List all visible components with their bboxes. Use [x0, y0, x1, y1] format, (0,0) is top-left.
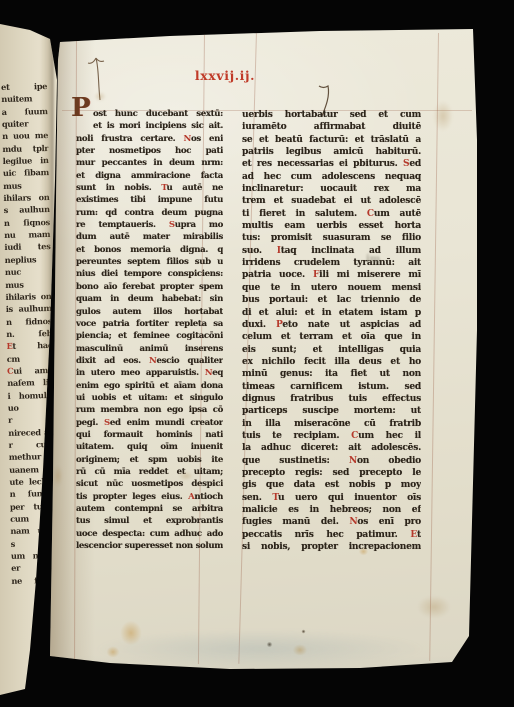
- text-line: cum imolue it: [10, 513, 56, 526]
- text-line: lescencior superesset non solum: [76, 540, 223, 552]
- text-run: minū genus: ita fiet ut non: [242, 368, 421, 379]
- text-run: quam in deum habebat: sin: [76, 294, 223, 304]
- text-run: existimes tibi impune futu: [76, 195, 223, 205]
- text-run: bus portaui: et lac triennio de: [242, 294, 421, 305]
- text-run: mur peccantes in deum nrm:: [76, 158, 223, 168]
- text-line: uanem iuges q: [9, 464, 55, 477]
- text-run: cum imolue it: [10, 514, 56, 527]
- text-line: voce patria fortiter repleta sa: [76, 318, 223, 330]
- text-run: nireced ad um: [8, 427, 54, 440]
- text-run: lescencior superesset non solum: [76, 541, 223, 551]
- text-run: rum membra non ego ipsa cō: [76, 405, 223, 415]
- text-run: la adhuc diceret: ait adolescēs.: [242, 442, 421, 453]
- text-line: di et alui: et in etatem istam p: [242, 307, 421, 319]
- text-line: enim ego spiritū et aīam dona: [76, 380, 223, 392]
- text-run: multis eam uerbis esset horta: [242, 220, 421, 231]
- text-line: que te in utero nouem mensi: [242, 282, 421, 294]
- text-line: nius diei tempore conspiciens:: [76, 268, 223, 280]
- text-line: s amo dilique: [11, 538, 57, 551]
- text-line: originem; et spm uobis ite: [76, 454, 223, 466]
- text-line: dum autē mater mirabilis: [76, 231, 223, 243]
- text-line: pter nosmetipos hoc pati: [76, 145, 223, 157]
- text-line: eis sunt; et intelligas quia: [242, 344, 421, 356]
- text-line: particeps suscipe mortem: ut: [242, 405, 421, 417]
- text-line: qui formauit hominis nati: [76, 429, 223, 441]
- text-run: uoce despecta: cum adhuc ado: [76, 529, 223, 539]
- text-line: sicut nūc uosmetipos despici: [76, 478, 223, 490]
- text-run: uerbis hortabatur sed et cum: [242, 109, 421, 120]
- text-run: voce patria fortiter repleta sa: [76, 319, 223, 329]
- text-run: u autē ne: [167, 183, 223, 193]
- text-run: tis propter leges eius.: [76, 492, 188, 502]
- text-run: in illa miseracōne cū fratrib: [242, 418, 421, 429]
- text-line: um nolue ma: [11, 550, 57, 563]
- text-run: pegi.: [76, 418, 104, 428]
- text-run: piencia; et feminee cogitacōni: [76, 331, 223, 341]
- text-line: dixit ad eos. Nescio qualiter: [76, 355, 223, 367]
- text-run: pereuntes septem filios sub u: [76, 257, 223, 267]
- text-line: n ſumen wlis: [10, 488, 56, 501]
- text-line: ute lechm aur: [9, 476, 55, 489]
- text-run: methur qur eſ: [9, 452, 55, 465]
- tint-stain: [60, 626, 460, 672]
- text-line: dignus fratribus tuis effectus: [242, 393, 421, 405]
- text-run: celum et terram et oīa que in: [242, 331, 421, 342]
- rubricated-letter: N: [184, 134, 192, 144]
- text-run: si nobis, propter increpacionem: [242, 541, 421, 552]
- text-line: quam in deum habebat: sin: [76, 293, 223, 305]
- text-line: tus: promisit suasuram se filio: [242, 232, 421, 244]
- text-run: et is mori incipiens sic ait.: [93, 121, 223, 131]
- text-run: enim ego spiritū et aīam dona: [76, 381, 223, 391]
- text-run: u uero qui inuentor oīs: [278, 492, 421, 503]
- text-run: eq: [212, 368, 223, 378]
- text-run: os eni: [191, 134, 223, 144]
- text-line: pegi. Sed enim mundi creator: [76, 417, 223, 429]
- foxing-stain: [357, 546, 370, 557]
- text-line: uitatem. quiq oīm inuenit: [76, 441, 223, 453]
- smudge-stain: [412, 592, 456, 622]
- text-line: uerbis hortabatur sed et cum: [242, 109, 421, 121]
- text-run: timeas carnificem istum. sed: [242, 381, 421, 392]
- text-run: ne ſuper fecit: [11, 575, 57, 588]
- text-line: ui uobis et uitam: et singulo: [76, 392, 223, 404]
- text-run: gis que data est nobis p moy: [242, 479, 421, 490]
- text-run: bono aīo ferebat propter spem: [76, 282, 223, 292]
- text-line: patriis legibus amicū habiturū.: [242, 146, 421, 158]
- text-run: et digna ammiracione facta: [76, 171, 223, 181]
- text-line: ti fieret in salutem. Cum autē: [242, 208, 421, 220]
- text-line: inclinaretur: uocauit rex ma: [242, 183, 421, 195]
- text-run: tus simul et exprobrantis: [76, 516, 223, 526]
- text-line: minū genus: ita fiet ut non: [242, 368, 421, 380]
- text-line: noli frustra certare. Nos eni: [76, 133, 223, 145]
- text-run: ed: [409, 158, 421, 169]
- text-run: pter nosmetipos hoc pati: [76, 146, 223, 156]
- text-line: ad hec cum adolescens nequaq: [242, 171, 421, 183]
- text-line: m uidet orbe: [12, 587, 58, 590]
- text-run: patriis legibus amicū habiturū.: [242, 146, 421, 157]
- text-line: ne ſuper fecit: [11, 575, 57, 588]
- text-run: se et beatū facturū: et trāslatū a: [242, 134, 421, 145]
- rubricated-letter: N: [349, 455, 357, 466]
- smudge-stain: [92, 90, 108, 103]
- text-run: masculinū animū inserens: [76, 344, 223, 354]
- text-line: multis eam uerbis esset horta: [242, 220, 421, 232]
- text-run: duxi.: [242, 319, 276, 330]
- text-run: ute lechm aur: [9, 476, 55, 489]
- text-run: eis sunt; et intelligas quia: [242, 344, 421, 355]
- text-run: qui formauit hominis nati: [76, 430, 223, 440]
- text-line: per tuam ir ad: [10, 501, 56, 514]
- text-line: duxi. Peto nate ut aspicias ad: [242, 319, 421, 331]
- text-line: nireced ad um: [8, 427, 54, 440]
- text-line: et bonos memoria digna. q: [76, 244, 223, 256]
- text-line: ex nichilo fecit illa deus et ho: [242, 356, 421, 368]
- text-run: t: [417, 529, 421, 540]
- text-run: rū cū mīa reddet et uitam;: [76, 467, 223, 477]
- text-run: ost hunc ducebant sextū:: [93, 109, 223, 119]
- text-column-left: ost hunc ducebant sextū:et is mori incip…: [76, 108, 223, 552]
- text-line: in illa miseracōne cū fratrib: [242, 418, 421, 430]
- text-line: re temptaueris. Supra mo: [76, 219, 223, 231]
- text-line: sunt in nobis. Tu autē ne: [76, 182, 223, 194]
- text-run: particeps suscipe mortem: ut: [242, 405, 421, 416]
- text-line: gulos autem illos hortabat: [76, 306, 223, 318]
- text-run: di et alui: et in etatem istam p: [242, 307, 421, 318]
- text-line: fugies manū dei. Nos enī pro: [242, 516, 421, 528]
- text-run: rum: qd contra deum pugna: [76, 208, 223, 218]
- manuscript-page: lxxvij.ij. P ost hunc ducebant sextū:et …: [0, 0, 514, 707]
- text-run: er queſtam di: [11, 563, 48, 576]
- text-line: timeas carnificem istum. sed: [242, 381, 421, 393]
- text-run: escio qualiter: [156, 356, 223, 366]
- text-run: ti fieret in salutem.: [242, 208, 367, 219]
- text-run: ex nichilo fecit illa deus et ho: [242, 356, 421, 367]
- text-line: piencia; et feminee cogitacōni: [76, 330, 223, 342]
- text-line: in utero meo apparuistis. Neq: [76, 367, 223, 379]
- text-run: dixit ad eos.: [76, 356, 149, 366]
- text-line: pereuntes septem filios sub u: [76, 256, 223, 268]
- text-line: bono aīo ferebat propter spem: [76, 281, 223, 293]
- text-run: ad hec cum adolescens nequaq: [242, 171, 421, 182]
- text-line: et is mori incipiens sic ait.: [76, 120, 223, 132]
- text-run: uitatem. quiq oīm inuenit: [76, 442, 223, 452]
- text-run: fugies manū dei.: [242, 516, 349, 527]
- smudge-stain: [430, 96, 456, 136]
- text-run: que sustinetis:: [242, 455, 349, 466]
- text-run: que te in utero nouem mensi: [242, 282, 421, 293]
- text-run: tus: promisit suasuram se filio: [242, 232, 421, 243]
- text-line: et res necessarias ei pbiturus. Sed: [242, 158, 421, 170]
- text-run: gulos autem illos hortabat: [76, 307, 223, 317]
- text-line: se et beatū facturū: et trāslatū a: [242, 134, 421, 146]
- smudge-stain: [52, 462, 64, 490]
- text-line: uo erurbane ai: [8, 402, 54, 415]
- text-run: ui uobis et uitam: et singulo: [76, 393, 223, 403]
- text-run: um autē: [374, 208, 421, 219]
- text-run: trem et suadebat ei ut adolescē: [242, 195, 421, 206]
- text-run: eto nate ut aspicias ad: [282, 319, 421, 330]
- show-through-text: im: [366, 254, 412, 274]
- text-run: inclinaretur: uocauit rex ma: [242, 183, 421, 194]
- text-line: peccatis nrīs hec patimur. Et: [242, 529, 421, 541]
- text-line: tuis te recipiam. Cum hec il: [242, 430, 421, 442]
- text-line: que sustinetis: Non obedio: [242, 455, 421, 467]
- text-run: sicut nūc uosmetipos despici: [76, 479, 223, 489]
- text-run: um hec il: [358, 430, 421, 441]
- text-line: ost hunc ducebant sextū:: [76, 108, 223, 120]
- text-run: patria uoce.: [242, 269, 313, 280]
- text-run: r cum aburule: [8, 439, 54, 452]
- text-run: dum autē mater mirabilis: [76, 232, 223, 242]
- text-run: ed enim mundi creator: [110, 418, 223, 428]
- text-line: et digna ammiracione facta: [76, 170, 223, 182]
- text-run: et bonos memoria digna. q: [76, 245, 223, 255]
- text-run: s amo dilique: [11, 538, 57, 551]
- text-line: tis propter leges eius. Antioch: [76, 491, 223, 503]
- rubricated-letter: C: [367, 208, 374, 219]
- text-run: nius diei tempore conspiciens:: [76, 269, 223, 279]
- text-run: dignus fratribus tuis effectus: [242, 393, 421, 404]
- text-run: suo.: [242, 245, 277, 256]
- text-line: r cum aburule: [8, 439, 54, 452]
- text-run: uanem iuges q: [9, 464, 55, 477]
- text-line: la adhuc diceret: ait adolescēs.: [242, 442, 421, 454]
- text-line: bus portaui: et lac triennio de: [242, 294, 421, 306]
- text-line: sen. Tu uero qui inuentor oīs: [242, 492, 421, 504]
- text-run: ntioch: [194, 492, 223, 502]
- text-run: malicie es in hebreos; non ef: [242, 504, 421, 515]
- text-run: originem; et spm uobis ite: [76, 455, 223, 465]
- text-line: nam uide relu: [10, 525, 56, 538]
- text-run: re temptaueris.: [76, 220, 169, 230]
- text-run: et res necessarias ei pbiturus.: [242, 158, 403, 169]
- text-run: noli frustra certare.: [76, 134, 184, 144]
- text-line: trem et suadebat ei ut adolescē: [242, 195, 421, 207]
- text-line: rū cū mīa reddet et uitam;: [76, 466, 223, 478]
- text-run: n ſumen wlis: [10, 488, 56, 501]
- smudge-stain: [176, 470, 196, 482]
- text-run: in utero meo apparuistis.: [76, 368, 205, 378]
- running-header-numeral: lxxvij.ij.: [184, 68, 266, 83]
- text-run: precepto regis: sed precepto le: [242, 467, 421, 478]
- text-run: m uidet orbe: [12, 587, 58, 590]
- text-line: celum et terram et oīa que in: [242, 331, 421, 343]
- text-line: rum membra non ego ipsa cō: [76, 404, 223, 416]
- text-line: r weliſhani be: [8, 414, 54, 427]
- text-line: rum: qd contra deum pugna: [76, 207, 223, 219]
- text-run: sen.: [242, 492, 272, 503]
- text-run: tuis te recipiam.: [242, 430, 351, 441]
- text-run: peccatis nrīs hec patimur.: [242, 529, 410, 540]
- text-run: upra mo: [175, 220, 223, 230]
- text-line: tus simul et exprobrantis: [76, 515, 223, 527]
- manuscript-photograph: et ipe lequm dunuitem fami rua ſuum wlo …: [0, 0, 514, 707]
- text-line: gis que data est nobis p moy: [242, 479, 421, 491]
- text-line: existimes tibi impune futu: [76, 194, 223, 206]
- text-line: precepto regis: sed precepto le: [242, 467, 421, 479]
- text-line: masculinū animū inserens: [76, 343, 223, 355]
- text-line: autem contempni se arbitra: [76, 503, 223, 515]
- text-run: iuramēto affirmabat diuitē: [242, 121, 421, 132]
- text-run: um nolue ma: [11, 550, 57, 563]
- text-line: er queſtam di: [11, 562, 57, 575]
- text-column-right: uerbis hortabatur sed et cumiuramēto aff…: [242, 109, 421, 553]
- text-run: autem contempni se arbitra: [76, 504, 223, 514]
- text-run: on obedio: [357, 455, 421, 466]
- text-line: malicie es in hebreos; non ef: [242, 504, 421, 516]
- text-run: per tuam ir ad: [10, 501, 56, 514]
- text-line: methur qur eſ: [9, 451, 55, 464]
- text-line: mur peccantes in deum nrm:: [76, 157, 223, 169]
- text-line: uoce despecta: cum adhuc ado: [76, 528, 223, 540]
- text-line: si nobis, propter increpacionem: [242, 541, 421, 553]
- text-run: os enī pro: [357, 516, 421, 527]
- text-run: nam uide relu: [10, 525, 56, 538]
- text-run: sunt in nobis.: [76, 183, 161, 193]
- text-line: iuramēto affirmabat diuitē: [242, 121, 421, 133]
